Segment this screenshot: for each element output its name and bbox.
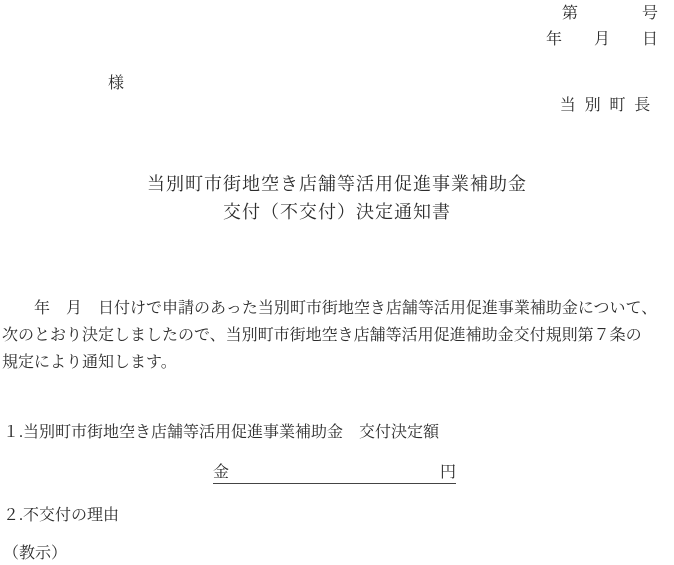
addressee-honorific: 様	[108, 74, 124, 94]
body-paragraph-line-3: 規定により通知します。	[2, 353, 177, 373]
issue-date-line: 年 月 日	[546, 30, 658, 50]
body-paragraph-line-1: 年 月 日付けで申請のあった当別町市街地空き店舗等活用促進事業補助金について、	[2, 299, 657, 319]
item-1-heading: １.当別町市街地空き店舗等活用促進事業補助金 交付決定額	[3, 423, 439, 443]
legal-note-heading: （教示）	[3, 544, 67, 564]
document-number-line: 第 号	[562, 4, 658, 24]
notification-document-page: 第 号 年 月 日 様 当別町長 当別町市街地空き店舗等活用促進事業補助金 交付…	[0, 0, 674, 565]
amount-field: 金 円	[213, 461, 456, 484]
amount-prefix: 金	[213, 463, 229, 483]
document-title-line-1: 当別町市街地空き店舗等活用促進事業補助金	[0, 170, 674, 196]
document-title-line-2: 交付（不交付）決定通知書	[0, 198, 674, 224]
body-paragraph-line-2: 次のとおり決定しましたので、当別町市街地空き店舗等活用促進補助金交付規則第７条の	[2, 326, 642, 346]
amount-suffix: 円	[440, 463, 456, 483]
item-2-heading: ２.不交付の理由	[3, 506, 119, 526]
sender-name: 当別町長	[560, 96, 659, 116]
